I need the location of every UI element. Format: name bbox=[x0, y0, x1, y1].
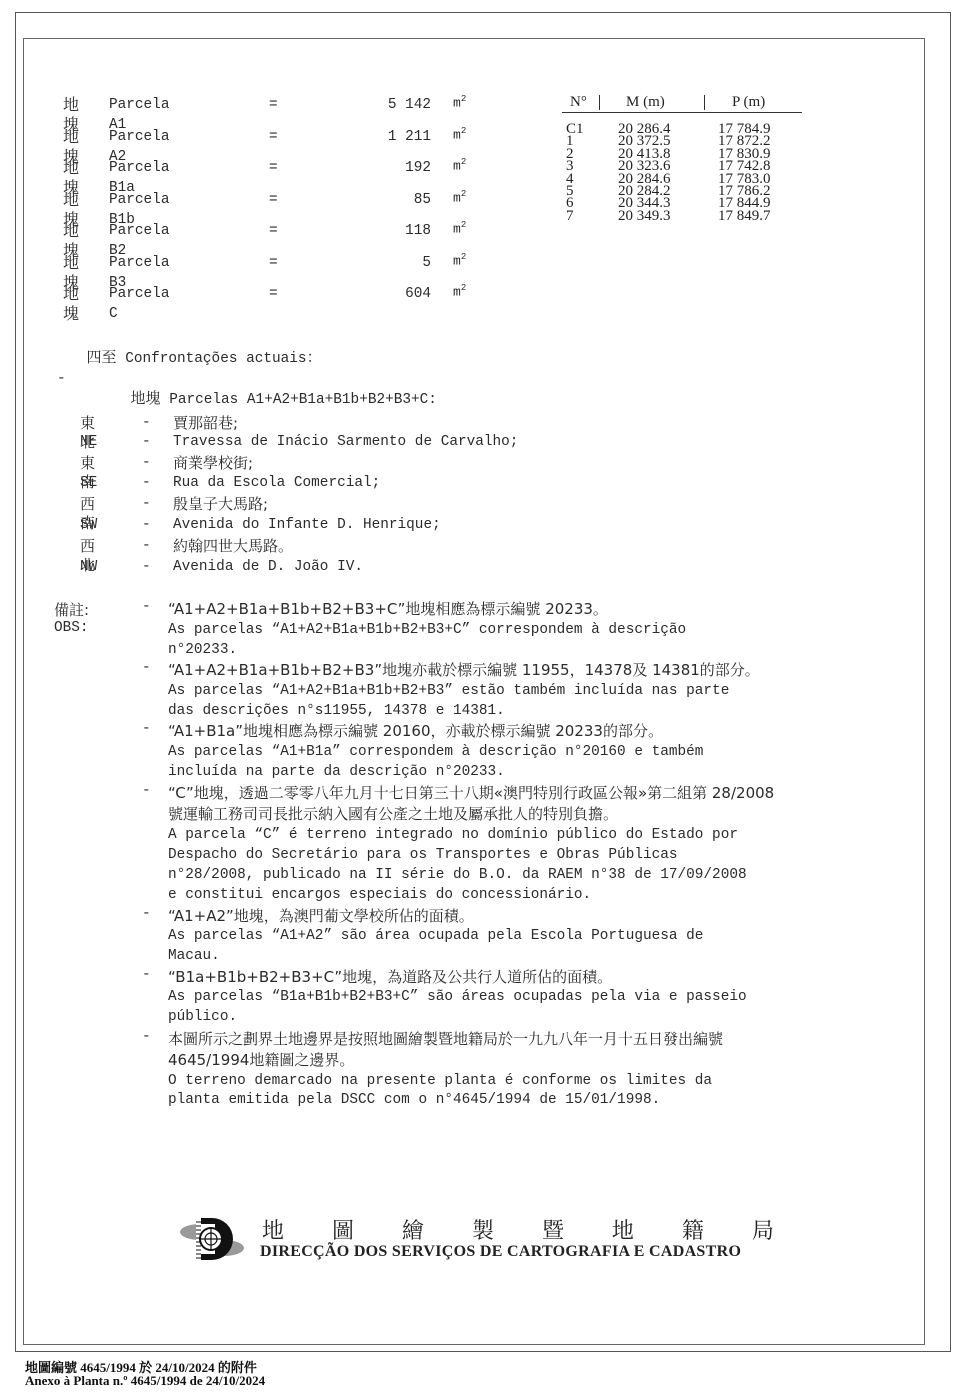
note-dash: - bbox=[142, 660, 151, 676]
note-dash: - bbox=[142, 599, 151, 615]
area-equals: = bbox=[269, 158, 278, 178]
note-line: incluída na parte da descrição n°20233. bbox=[168, 762, 505, 782]
area-zh: 地塊 bbox=[63, 284, 79, 324]
note-dash: - bbox=[142, 721, 151, 737]
note-line: As parcelas “A1+B1a” correspondem à desc… bbox=[168, 742, 703, 762]
area-value: 1 211 bbox=[303, 127, 431, 147]
note-line-zh: “A1+A2+B1a+B1b+B2+B3+C”地塊相應為標示編號 20233。 bbox=[168, 599, 608, 619]
note-line-zh: “C”地塊，透過二零零八年九月十七日第三十八期«澳門特別行政區公報»第二組第 2… bbox=[168, 783, 774, 803]
organization-name-pt: DIRECÇÃO DOS SERVIÇOS DE CARTOGRAFIA E C… bbox=[260, 1243, 741, 1261]
note-line: Macau. bbox=[168, 946, 220, 966]
header-n: N° bbox=[570, 94, 587, 111]
area-value: 118 bbox=[303, 221, 431, 241]
note-line-zh: 4645/1994地籍圖之邊界。 bbox=[168, 1050, 354, 1070]
header-p: P (m) bbox=[732, 94, 765, 111]
note-line: n°28/2008, publicado na II série do B.O.… bbox=[168, 865, 747, 885]
area-value: 5 bbox=[303, 253, 431, 273]
note-line-zh: “B1a+B1b+B2+B3+C”地塊，為道路及公共行人道所佔的面積。 bbox=[168, 967, 612, 987]
note-line-zh: 號運輸工務司司長批示納入國有公產之土地及屬承批人的特別負擔。 bbox=[168, 804, 618, 824]
table-row: 720 349.317 849.7 bbox=[562, 210, 802, 222]
note-line-zh: 本圖所示之劃界土地邊界是按照地圖繪製暨地籍局於一九九八年一月十五日發出編號 bbox=[168, 1029, 723, 1049]
note-line: planta emitida pela DSCC com o n°4645/19… bbox=[168, 1090, 660, 1110]
header-separator bbox=[599, 95, 600, 110]
dscc-logo-icon bbox=[178, 1214, 246, 1264]
coordinates-header: N° M (m) P (m) bbox=[562, 94, 802, 113]
area-value: 192 bbox=[303, 158, 431, 178]
area-unit: m2 bbox=[453, 247, 466, 271]
area-equals: = bbox=[269, 253, 278, 273]
header-separator bbox=[704, 95, 705, 110]
footer-annex-pt: Anexo à Planta n.º 4645/1994 de 24/10/20… bbox=[25, 1373, 265, 1389]
note-line: n°20233. bbox=[168, 640, 237, 660]
area-unit: m2 bbox=[453, 184, 466, 208]
area-equals: = bbox=[269, 221, 278, 241]
note-line-zh: “A1+A2+B1a+B1b+B2+B3”地塊亦載於標示編號 11955，143… bbox=[168, 660, 760, 680]
note-line: e constitui encargos especiais do conces… bbox=[168, 885, 591, 905]
note-line: das descrições n°s11955, 14378 e 14381. bbox=[168, 701, 505, 721]
area-value: 5 142 bbox=[303, 95, 431, 115]
area-equals: = bbox=[269, 127, 278, 147]
note-line: A parcela “C” é terreno integrado no dom… bbox=[168, 825, 738, 845]
organization-name-zh: 地 圖 繪 製 暨 地 籍 局 bbox=[262, 1214, 774, 1245]
coordinates-rows: C120 286.417 784.9 120 372.517 872.2 220… bbox=[562, 123, 802, 222]
note-line: As parcelas “A1+A2” são área ocupada pel… bbox=[168, 926, 703, 946]
area-value: 85 bbox=[303, 190, 431, 210]
note-dash: - bbox=[142, 906, 151, 922]
area-unit: m2 bbox=[453, 152, 466, 176]
area-equals: = bbox=[269, 284, 278, 304]
area-equals: = bbox=[269, 190, 278, 210]
note-dash: - bbox=[142, 783, 151, 799]
note-line: O terreno demarcado na presente planta é… bbox=[168, 1071, 712, 1091]
area-unit: m2 bbox=[453, 121, 466, 145]
coordinates-table: N° M (m) P (m) C120 286.417 784.9 120 37… bbox=[562, 94, 802, 222]
area-name: Parcela C bbox=[109, 284, 169, 324]
note-line: As parcelas “A1+A2+B1a+B1b+B2+B3+C” corr… bbox=[168, 620, 686, 640]
notes-label-zh: 備註: bbox=[54, 599, 89, 620]
area-equals: = bbox=[269, 95, 278, 115]
parcel-dash: - bbox=[57, 371, 66, 387]
area-unit: m2 bbox=[453, 215, 466, 239]
note-line: público. bbox=[168, 1007, 237, 1027]
note-line: As parcelas “A1+A2+B1a+B1b+B2+B3” estão … bbox=[168, 681, 729, 701]
note-line-zh: “A1+A2”地塊，為澳門葡文學校所佔的面積。 bbox=[168, 906, 474, 926]
area-unit: m2 bbox=[453, 278, 466, 302]
note-dash: - bbox=[142, 1029, 151, 1045]
note-dash: - bbox=[142, 967, 151, 983]
note-line-zh: “A1+B1a”地塊相應為標示編號 20160，亦載於標示編號 20233的部分… bbox=[168, 721, 663, 741]
note-line: As parcelas “B1a+B1b+B2+B3+C” são áreas … bbox=[168, 987, 747, 1007]
notes-label-pt: OBS: bbox=[54, 620, 89, 636]
header-m: M (m) bbox=[626, 94, 665, 111]
note-line: Despacho do Secretário para os Transport… bbox=[168, 845, 678, 865]
area-unit: m2 bbox=[453, 89, 466, 113]
area-value: 604 bbox=[303, 284, 431, 304]
